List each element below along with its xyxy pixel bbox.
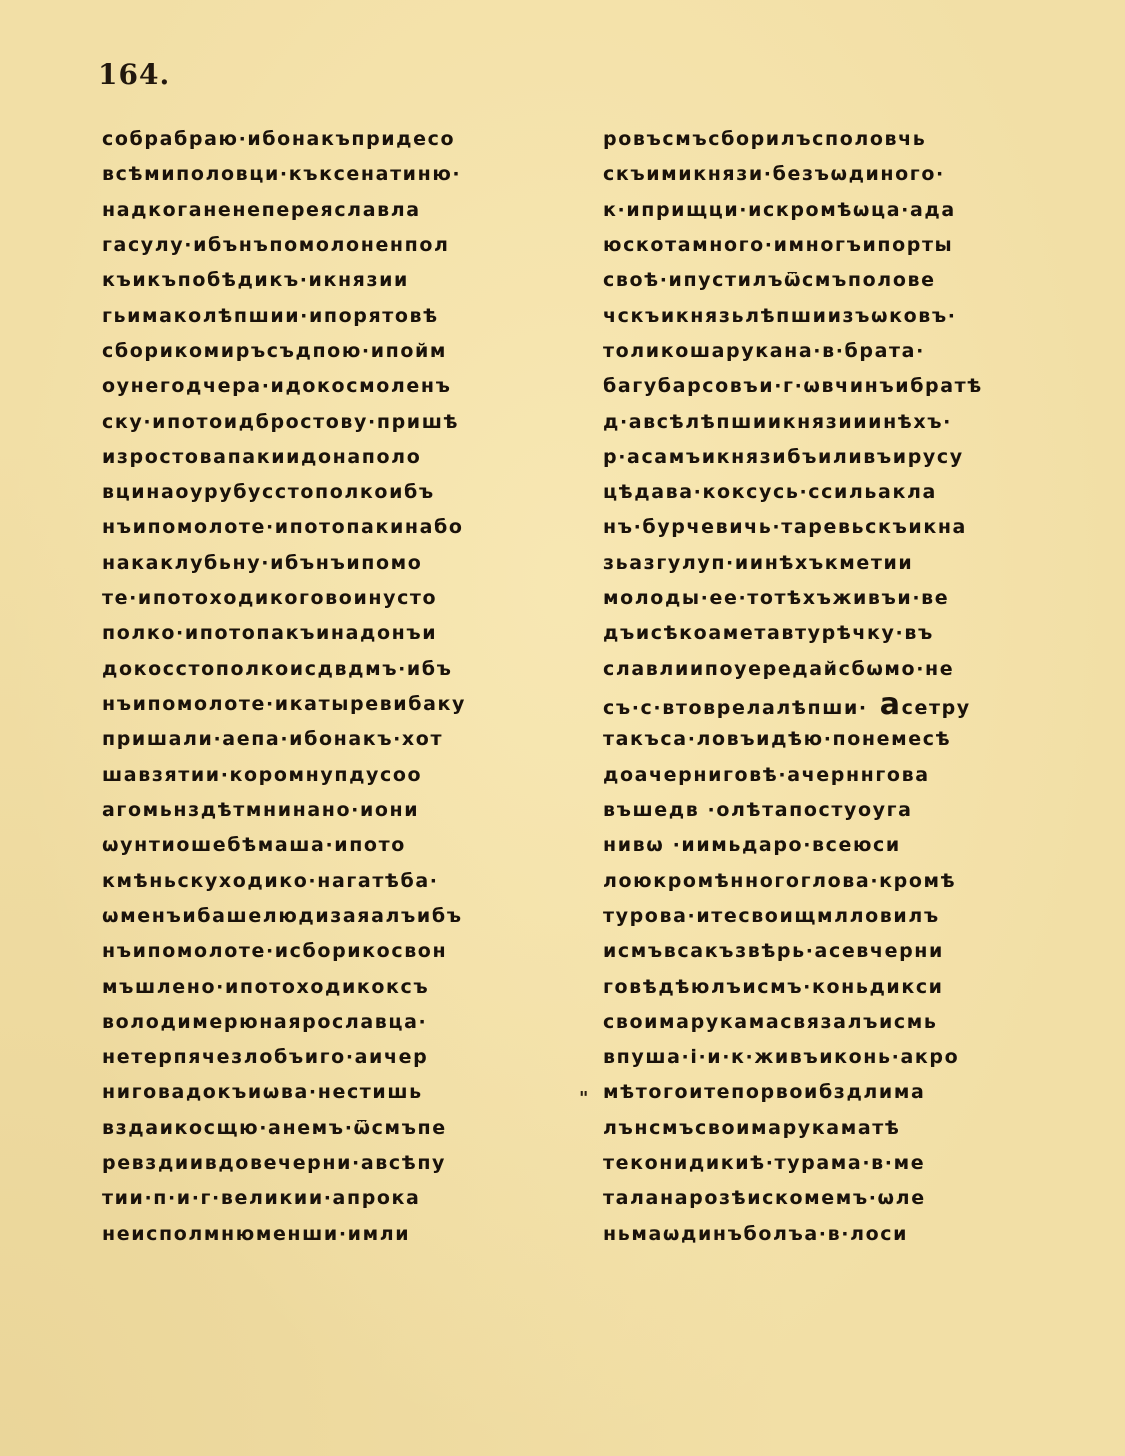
- manuscript-line: зьазгулуп·иинѣхъкметии: [603, 546, 1098, 581]
- manuscript-line: кмѣньскуходико·нагатѣба·: [102, 864, 572, 899]
- right-column-text: ровъсмъсборилъсполовчьскъимикнязи·безъѡд…: [603, 122, 1098, 1252]
- manuscript-line: мъшлено·ипотоходикоксъ: [102, 970, 572, 1005]
- manuscript-line: р·асамъикнязибъиливъирусу: [603, 440, 1098, 475]
- manuscript-line: оунегодчера·идокосмоленъ: [102, 369, 572, 404]
- manuscript-line: ревздиивдовечерни·авсѣпу: [102, 1146, 572, 1181]
- manuscript-line: нъ·бурчевичь·таревьскъикна: [603, 510, 1098, 545]
- manuscript-line: своѣ·ипустилъѿсмъполове: [603, 263, 1098, 298]
- manuscript-line: лънсмъсвоимарукаматѣ: [603, 1111, 1098, 1146]
- drop-cap-initial: А: [868, 687, 902, 722]
- manuscript-line: впуша·і·и·к·живъиконь·акро: [603, 1040, 1098, 1075]
- manuscript-line: тии·п·и·г·великии·апрока: [102, 1181, 572, 1216]
- manuscript-line: собрабраю·ибонакъпридесо: [102, 122, 572, 157]
- manuscript-line: ску·ипотоидбростову·пришѣ: [102, 405, 572, 440]
- drop-cap-suffix: сетру: [902, 697, 971, 719]
- manuscript-line: докосстополкоисдвдмъ·ибъ: [102, 652, 572, 687]
- manuscript-line: турова·итесвоищмлловилъ: [603, 899, 1098, 934]
- manuscript-line: к·иприщци·искромѣѡца·ада: [603, 193, 1098, 228]
- left-column-text: собрабраю·ибонакъпридесовсѣмиполовци·кък…: [102, 122, 572, 1252]
- manuscript-line: теконидикиѣ·турама·в·ме: [603, 1146, 1098, 1181]
- manuscript-line: вцинаоурубусстополкоибъ: [102, 475, 572, 510]
- manuscript-line: исмъвсакъзвѣрь·асевчерни: [603, 934, 1098, 969]
- manuscript-line: полко·ипотопакъинадонъи: [102, 616, 572, 651]
- manuscript-line: такъса·ловъидѣю·понемесѣ: [603, 722, 1098, 757]
- manuscript-line: те·ипотоходикоговоинусто: [102, 581, 572, 616]
- manuscript-line: чскъикнязьлѣпшиизъѡковъ·: [603, 299, 1098, 334]
- manuscript-line: вздаикосщю·анемъ·ѿсмъпе: [102, 1111, 572, 1146]
- manuscript-line: говѣдѣюлъисмъ·коньдикси: [603, 970, 1098, 1005]
- manuscript-line: сборикомиръсъдпою·ипойм: [102, 334, 572, 369]
- manuscript-line: мѣтогоитепорвоибздлима: [603, 1075, 1098, 1110]
- manuscript-line: шавзятии·коромнупдусоо: [102, 758, 572, 793]
- manuscript-line: д·авсѣлѣпшиикнязииинѣхъ·: [603, 405, 1098, 440]
- manuscript-line: къикъпобѣдикъ·икнязии: [102, 263, 572, 298]
- manuscript-line: ниговадокъиѡва·нестишь: [102, 1075, 572, 1110]
- manuscript-line: изростовапакиидонаполо: [102, 440, 572, 475]
- manuscript-line: лоюкромѣнногоглова·кромѣ: [603, 864, 1098, 899]
- manuscript-line: володимерюнаярославца·: [102, 1005, 572, 1040]
- manuscript-line: нетерпячезлобъиго·аичер: [102, 1040, 572, 1075]
- page-number: 164.: [98, 58, 170, 91]
- manuscript-line: агомьнздѣтмнинано·иони: [102, 793, 572, 828]
- manuscript-line: нъипомолоте·икатыревибаку: [102, 687, 572, 722]
- manuscript-line: таланарозѣискомемъ·ѡле: [603, 1181, 1098, 1216]
- manuscript-line: нъипомолоте·ипотопакинабо: [102, 510, 572, 545]
- manuscript-line: молоды·ее·тотѣхъживъи·ве: [603, 581, 1098, 616]
- manuscript-line: надкоганенепереяславла: [102, 193, 572, 228]
- manuscript-line: съ·с·втоврелалѣпши· Асетру: [603, 687, 1098, 722]
- manuscript-line: цѣдава·коксусь·ссильакла: [603, 475, 1098, 510]
- manuscript-line: гасулу·ибънъпомолоненпол: [102, 228, 572, 263]
- manuscript-line: доачерниговѣ·ачерннгова: [603, 758, 1098, 793]
- manuscript-line: скъимикнязи·безъѡдиного·: [603, 157, 1098, 192]
- manuscript-line: юскотамного·имногъипорты: [603, 228, 1098, 263]
- manuscript-line: дъисѣкоаметавтурѣчку·въ: [603, 616, 1098, 651]
- manuscript-line: гьимаколѣпшии·ипорятовѣ: [102, 299, 572, 334]
- manuscript-line: накаклубьну·ибънъипомо: [102, 546, 572, 581]
- manuscript-line: неисполмнюменши·имли: [102, 1217, 572, 1252]
- manuscript-line: всѣмиполовци·къксенатиню·: [102, 157, 572, 192]
- manuscript-line: багубарсовъи·г·ѡвчинъибратѣ: [603, 369, 1098, 404]
- manuscript-line: ѡунтиошебѣмаша·ипото: [102, 828, 572, 863]
- manuscript-line: нивѡ ·иимьдаро·всеюси: [603, 828, 1098, 863]
- manuscript-line: ѡменъибашелюдизаяалъибъ: [102, 899, 572, 934]
- manuscript-line: пришали·аепа·ибонакъ·хот: [102, 722, 572, 757]
- manuscript-line: ньмаѡдинъболъа·в·лоси: [603, 1217, 1098, 1252]
- manuscript-line: въшедв ·олѣтапостуоуга: [603, 793, 1098, 828]
- manuscript-line: нъипомолоте·исборикосвон: [102, 934, 572, 969]
- manuscript-line: толикошарукана·в·брата·: [603, 334, 1098, 369]
- manuscript-line: славлиипоуередайсбѡмо·не: [603, 652, 1098, 687]
- manuscript-line: своимарукамасвязалъисмь: [603, 1005, 1098, 1040]
- margin-mark: ": [579, 1088, 588, 1109]
- manuscript-line: ровъсмъсборилъсполовчь: [603, 122, 1098, 157]
